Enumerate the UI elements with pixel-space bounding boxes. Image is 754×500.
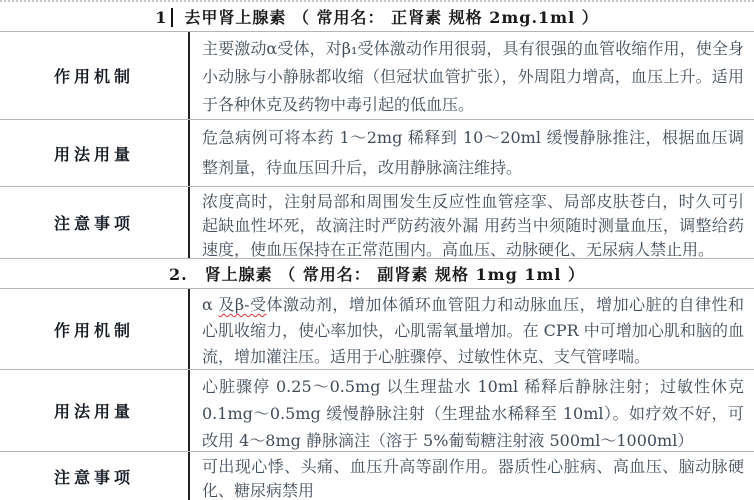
document-page: 1 去甲肾上腺素 （ 常用名： 正肾素 规格 2mg.1ml ） 作用机制 主要…: [0, 0, 754, 500]
mechanism-label-text-1: 作用机制: [54, 64, 134, 87]
precautions-label-1[interactable]: 注意事项: [0, 187, 190, 258]
mechanism-text-2[interactable]: α 及β-受体激动剂，增加体循环血管阻力和动脉血压，增加心脏的自律性和心肌收缩力…: [190, 289, 754, 369]
section-2-title: 2. 肾上腺素 （ 常用名： 副肾素 规格 1mg 1ml ）: [169, 262, 585, 285]
mechanism-label-2[interactable]: 作用机制: [0, 289, 190, 369]
usage-text-1[interactable]: 危急病例可将本药 1～2mg 稀释到 10～20ml 缓慢静脉推注，根据血压调整…: [190, 120, 754, 186]
usage-label-text-2: 用法用量: [54, 399, 134, 422]
section-1-usage-row: 用法用量 危急病例可将本药 1～2mg 稀释到 10～20ml 缓慢静脉推注，根…: [0, 120, 754, 187]
section-2-mechanism-row: 作用机制 α 及β-受体激动剂，增加体循环血管阻力和动脉血压，增加心脏的自律性和…: [0, 289, 754, 370]
section-1-mechanism-row: 作用机制 主要激动α受体，对β₁受体激动作用很弱，具有很强的血管收缩作用，使全身…: [0, 32, 754, 120]
section-2-precautions-row: 注意事项 可出现心悸、头痛、血压升高等副作用。器质性心脏病、高血压、脑动脉硬化、…: [0, 452, 754, 500]
text-insertion-cursor: [171, 8, 173, 27]
precautions-body-2: 可出现心悸、头痛、血压升高等副作用。器质性心脏病、高血压、脑动脉硬化、糖尿病禁用: [202, 457, 744, 500]
precautions-label-text-2: 注意事项: [54, 465, 134, 488]
section-2-usage-row: 用法用量 心脏骤停 0.25～0.5mg 以生理盐水 10ml 稀释后静脉注射；…: [0, 370, 754, 452]
section-2-header-row[interactable]: 2. 肾上腺素 （ 常用名： 副肾素 规格 1mg 1ml ）: [0, 259, 754, 289]
precautions-text-1[interactable]: 浓度高时，注射局部和周围发生反应性血管痉挛、局部皮肤苍白，时久可引起缺血性坏死，…: [190, 187, 754, 258]
section-1-header-row[interactable]: 1 去甲肾上腺素 （ 常用名： 正肾素 规格 2mg.1ml ）: [0, 2, 754, 32]
mechanism-body-2-pre: α: [202, 295, 218, 314]
usage-label-text-1: 用法用量: [54, 142, 134, 165]
mechanism-body-1: 主要激动α受体，对β₁受体激动作用很弱，具有很强的血管收缩作用，使全身小动脉与小…: [202, 39, 744, 114]
usage-body-2: 心脏骤停 0.25～0.5mg 以生理盐水 10ml 稀释后静脉注射；过敏性休克…: [202, 377, 744, 450]
usage-body-1: 危急病例可将本药 1～2mg 稀释到 10～20ml 缓慢静脉推注，根据血压调整…: [202, 128, 744, 177]
mechanism-body-2-post: 体激动剂，增加体循环血管阻力和动脉血压，增加心脏的自律性和心肌收缩力，使心率加快…: [202, 295, 744, 366]
mechanism-label-1[interactable]: 作用机制: [0, 32, 190, 119]
usage-label-2[interactable]: 用法用量: [0, 370, 190, 451]
usage-label-1[interactable]: 用法用量: [0, 120, 190, 186]
section-1-precautions-row: 注意事项 浓度高时，注射局部和周围发生反应性血管痉挛、局部皮肤苍白，时久可引起缺…: [0, 187, 754, 259]
section-1-title: 1 去甲肾上腺素 （ 常用名： 正肾素 规格 2mg.1ml ）: [155, 5, 599, 28]
precautions-body-1: 浓度高时，注射局部和周围发生反应性血管痉挛、局部皮肤苍白，时久可引起缺血性坏死，…: [202, 192, 744, 259]
mechanism-body-2-spellcheck: 及β-受: [218, 295, 266, 314]
mechanism-label-text-2: 作用机制: [54, 318, 134, 341]
precautions-text-2[interactable]: 可出现心悸、头痛、血压升高等副作用。器质性心脏病、高血压、脑动脉硬化、糖尿病禁用: [190, 452, 754, 500]
precautions-label-text-1: 注意事项: [54, 211, 134, 234]
precautions-label-2[interactable]: 注意事项: [0, 452, 190, 500]
usage-text-2[interactable]: 心脏骤停 0.25～0.5mg 以生理盐水 10ml 稀释后静脉注射；过敏性休克…: [190, 370, 754, 451]
mechanism-text-1[interactable]: 主要激动α受体，对β₁受体激动作用很弱，具有很强的血管收缩作用，使全身小动脉与小…: [190, 32, 754, 119]
